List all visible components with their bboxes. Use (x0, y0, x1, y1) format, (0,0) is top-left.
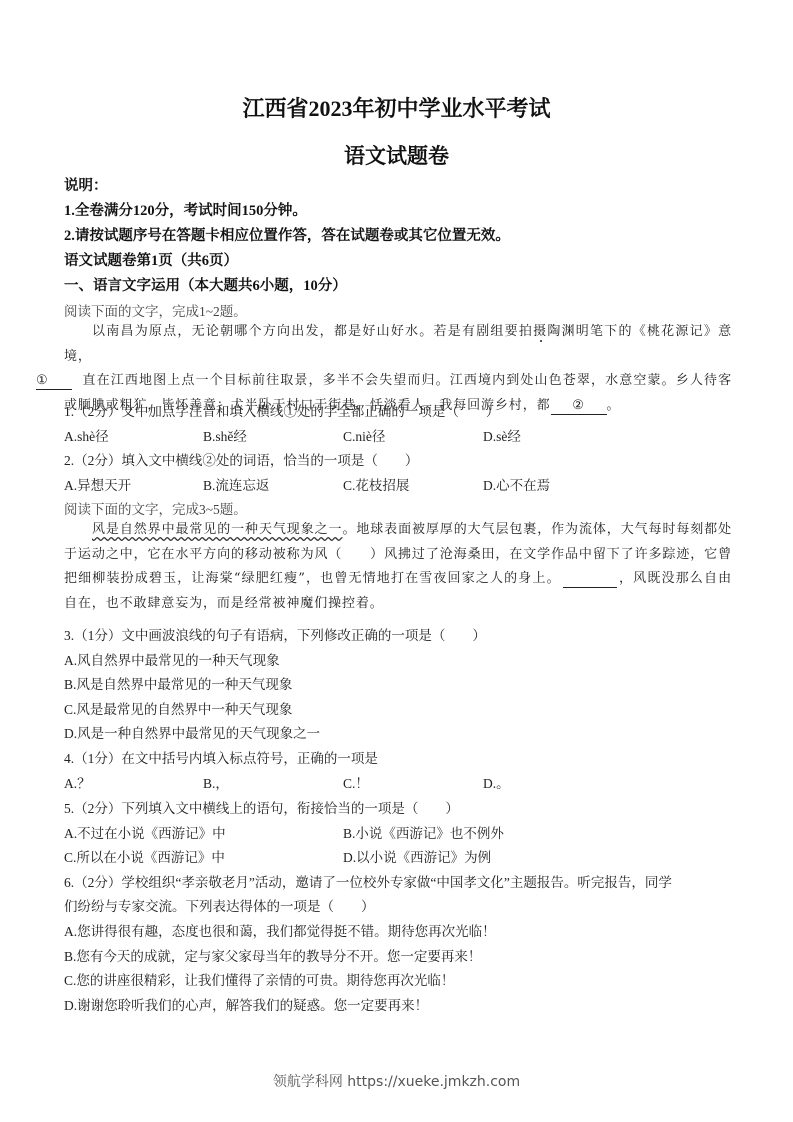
option-d[interactable]: D.心不在焉 (483, 474, 550, 494)
option-d[interactable]: D.。 (483, 772, 510, 792)
option-c[interactable]: C.所以在小说《西游记》中 (64, 846, 225, 866)
passage1-part4: 。 (607, 398, 621, 413)
question-2-stem: 2.（2分）填入文中横线②处的词语，恰当的一项是（ ） (64, 449, 418, 469)
dotted-char: 摄 (533, 324, 547, 339)
page-info: 语文试题卷第1页（共6页） (64, 249, 238, 270)
option-b[interactable]: B.风是自然界中最常见的一种天气现象 (64, 673, 292, 693)
question-4-stem: 4.（1分）在文中括号内填入标点符号，正确的一项是 (64, 747, 378, 767)
instructions-label: 说明： (64, 174, 108, 195)
option-a[interactable]: A.不过在小说《西游记》中 (64, 822, 226, 842)
option-a[interactable]: A.？ (64, 772, 91, 792)
question-3-stem: 3.（1分）文中画波浪线的句子有语病，下列修改正确的一项是（ ） (64, 624, 486, 644)
option-a[interactable]: A.您讲得很有趣，态度也很和蔼，我们都觉得挺不错。期待您再次光临！ (64, 920, 496, 940)
question-6-stem-line2: 们纷纷与专家交流。下列表达得体的一项是（ ） (64, 895, 375, 915)
exam-page: 江西省2023年初中学业水平考试 语文试题卷 说明： 1.全卷满分120分，考试… (0, 0, 793, 1122)
option-c[interactable]: C.！ (343, 772, 369, 792)
option-d[interactable]: D.风是一种自然界中最常见的天气现象之一 (64, 722, 320, 742)
option-a[interactable]: A.shè径 (64, 425, 109, 445)
exam-title: 江西省2023年初中学业水平考试 (0, 92, 793, 123)
instruction-item-1: 1.全卷满分120分，考试时间150分钟。 (64, 199, 307, 220)
option-b[interactable]: B.shě经 (203, 425, 247, 445)
option-b[interactable]: B.， (203, 772, 229, 792)
exam-subtitle: 语文试题卷 (0, 140, 793, 170)
question-1-stem: 1.（2分）文中加点字注音和填入横线①处的字全都正确的一项是（ ） (64, 400, 499, 420)
question-6-stem-line1: 6.（2分）学校组织“孝亲敬老月”活动，邀请了一位校外专家做“中国孝文化”主题报… (64, 871, 672, 891)
option-d[interactable]: D.sè经 (483, 425, 521, 445)
instruction-item-2: 2.请按试题序号在答题卡相应位置作答，答在试题卷或其它位置无效。 (64, 224, 510, 245)
blank-2: ② (551, 398, 607, 415)
question-5-stem: 5.（2分）下列填入文中横线上的语句，衔接恰当的一项是（ ） (64, 797, 459, 817)
option-c[interactable]: C.niè径 (343, 425, 385, 445)
option-c[interactable]: C.风是最常见的自然界中一种天气现象 (64, 698, 292, 718)
option-d[interactable]: D.以小说《西游记》为例 (343, 846, 491, 866)
section-title: 一、语言文字运用（本大题共6小题，10分） (64, 274, 347, 295)
watermark-footer: 领航学科网 https://xueke.jmkzh.com (0, 1071, 793, 1091)
blank-3 (563, 571, 617, 588)
passage2-text: 风是自然界中最常见的一种天气现象之一。地球表面被厚厚的大气层包裹，作为流体，大气… (64, 518, 732, 616)
option-d[interactable]: D.谢谢您聆听我们的心声，解答我们的疑惑。您一定要再来！ (64, 994, 428, 1014)
blank-1: ① (36, 373, 72, 390)
passage2-intro: 阅读下面的文字，完成3~5题。 (64, 498, 247, 518)
passage1-intro: 阅读下面的文字，完成1~2题。 (64, 300, 247, 320)
option-b[interactable]: B.流连忘返 (203, 474, 269, 494)
option-a[interactable]: A.风自然界中最常见的一种天气现象 (64, 649, 280, 669)
option-c[interactable]: C.花枝招展 (343, 474, 409, 494)
option-b[interactable]: B.小说《西游记》也不例外 (343, 822, 504, 842)
option-a[interactable]: A.异想天开 (64, 474, 131, 494)
wavy-sentence: 风是自然界中最常见的一种天气现象之一 (92, 522, 342, 537)
option-b[interactable]: B.您有今天的成就，定与家父家母当年的教导分不开。您一定要再来！ (64, 945, 481, 965)
option-c[interactable]: C.您的讲座很精彩，让我们懂得了亲情的可贵。期待您再次光临！ (64, 969, 454, 989)
passage1-part1: 以南昌为原点，无论朝哪个方向出发，都是好山好水。若是有剧组要拍 (92, 324, 533, 339)
